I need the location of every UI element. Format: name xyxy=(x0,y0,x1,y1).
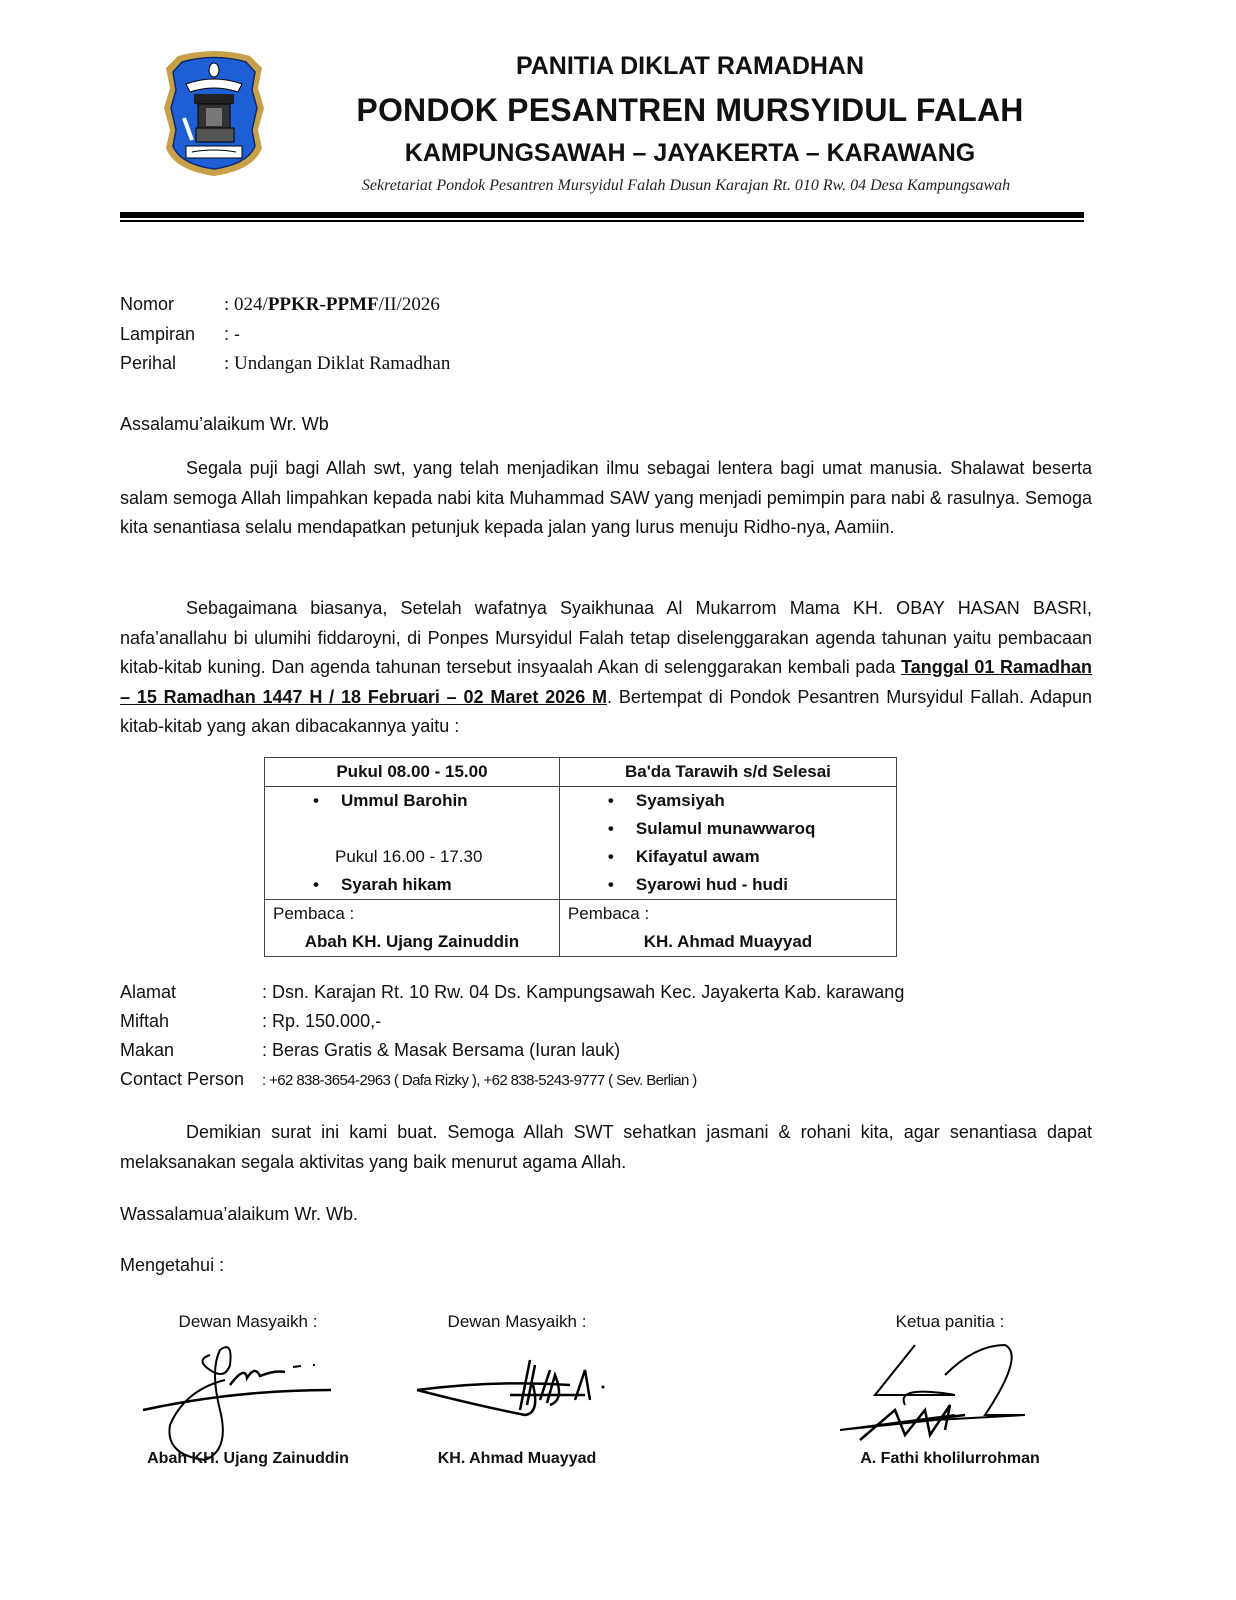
signatory-name: KH. Ahmad Muayyad xyxy=(387,1450,647,1468)
pesantren-logo xyxy=(158,48,270,180)
perihal-row: Perihal: Undangan Diklat Ramadhan xyxy=(120,353,450,375)
contact-row: Contact Person: +62 838-3654-2963 ( Dafa… xyxy=(120,1065,697,1095)
miftah-label: Miftah xyxy=(120,1007,262,1036)
column-header-night: Ba'da Tarawih s/d Selesai xyxy=(559,758,896,787)
secretariat-address: Sekretariat Pondok Pesantren Mursyidul F… xyxy=(296,177,1076,195)
pesantren-emblem-icon xyxy=(158,48,270,180)
closing-greeting: Wassalamua’alaikum Wr. Wb. xyxy=(120,1200,1092,1230)
reader-name: KH. Ahmad Muayyad xyxy=(568,928,888,956)
lampiran-value: : - xyxy=(224,324,240,344)
letterhead-divider-thick xyxy=(120,212,1084,218)
closing-paragraph: Demikian surat ini kami buat. Semoga All… xyxy=(120,1118,1092,1177)
opening-paragraph: Segala puji bagi Allah swt, yang telah m… xyxy=(120,454,1092,543)
perihal-value: : Undangan Diklat Ramadhan xyxy=(224,353,450,374)
kitab-item: Syarah hikam xyxy=(273,871,551,899)
alamat-value: : Dsn. Karajan Rt. 10 Rw. 04 Ds. Kampung… xyxy=(262,982,904,1002)
greeting: Assalamu’alaikum Wr. Wb xyxy=(120,410,1092,440)
alamat-row: Alamat: Dsn. Karajan Rt. 10 Rw. 04 Ds. K… xyxy=(120,978,904,1007)
night-kitab-list: Syamsiyah Sulamul munawwaroq Kifayatul a… xyxy=(559,787,896,900)
reader-label: Pembaca : xyxy=(273,900,551,928)
nomor-label: Nomor xyxy=(120,294,224,315)
kitab-schedule-table: Pukul 08.00 - 15.00 Ba'da Tarawih s/d Se… xyxy=(264,757,897,957)
kitab-item: Kifayatul awam xyxy=(568,843,888,871)
event-paragraph: Sebagaimana biasanya, Setelah wafatnya S… xyxy=(120,594,1092,742)
miftah-value: : Rp. 150.000,- xyxy=(262,1011,381,1031)
committee-title: PANITIA DIKLAT RAMADHAN xyxy=(300,52,1080,81)
morning-reader: Pembaca : Abah KH. Ujang Zainuddin xyxy=(265,900,560,957)
column-header-morning: Pukul 08.00 - 15.00 xyxy=(265,758,560,787)
night-reader: Pembaca : KH. Ahmad Muayyad xyxy=(559,900,896,957)
reader-name: Abah KH. Ujang Zainuddin xyxy=(273,928,551,956)
signature-3-icon xyxy=(835,1335,1045,1450)
makan-row: Makan: Beras Gratis & Masak Bersama (Iur… xyxy=(120,1036,620,1065)
contact-value: : +62 838-3654-2963 ( Dafa Rizky ), +62 … xyxy=(262,1072,697,1089)
signature-2-icon xyxy=(415,1355,615,1455)
makan-value: : Beras Gratis & Masak Bersama (Iuran la… xyxy=(262,1040,620,1060)
signatory-name: Abah KH. Ujang Zainuddin xyxy=(118,1450,378,1468)
afternoon-time: Pukul 16.00 - 17.30 xyxy=(273,843,551,871)
kitab-item: Sulamul munawwaroq xyxy=(568,815,888,843)
kitab-item: Ummul Barohin xyxy=(273,787,551,815)
institution-location: KAMPUNGSAWAH – JAYAKERTA – KARAWANG xyxy=(300,139,1080,168)
perihal-label: Perihal xyxy=(120,353,224,374)
nomor-code: PPKR-PPMF xyxy=(268,294,379,315)
reader-label: Pembaca : xyxy=(568,900,888,928)
alamat-label: Alamat xyxy=(120,978,262,1007)
makan-label: Makan xyxy=(120,1036,262,1065)
nomor-prefix: : 024/ xyxy=(224,294,268,315)
contact-label: Contact Person xyxy=(120,1065,262,1094)
signatory-role: Dewan Masyaikh : xyxy=(138,1312,358,1332)
miftah-row: Miftah: Rp. 150.000,- xyxy=(120,1007,381,1036)
letterhead-divider-thin xyxy=(120,220,1084,222)
nomor-row: Nomor: 024/PPKR-PPMF/II/2026 xyxy=(120,294,440,316)
morning-kitab-list: Ummul Barohin Pukul 16.00 - 17.30 Syarah… xyxy=(265,787,560,900)
acknowledgement-label: Mengetahui : xyxy=(120,1251,1092,1281)
kitab-item: Syamsiyah xyxy=(568,787,888,815)
nomor-suffix: /II/2026 xyxy=(379,294,440,315)
kitab-item: Syarowi hud - hudi xyxy=(568,871,888,899)
lampiran-label: Lampiran xyxy=(120,324,224,345)
signatory-role: Dewan Masyaikh : xyxy=(407,1312,627,1332)
signatory-role: Ketua panitia : xyxy=(840,1312,1060,1332)
institution-name: PONDOK PESANTREN MURSYIDUL FALAH xyxy=(300,92,1080,129)
lampiran-row: Lampiran: - xyxy=(120,324,240,345)
signatory-name: A. Fathi kholilurrohman xyxy=(820,1450,1080,1468)
